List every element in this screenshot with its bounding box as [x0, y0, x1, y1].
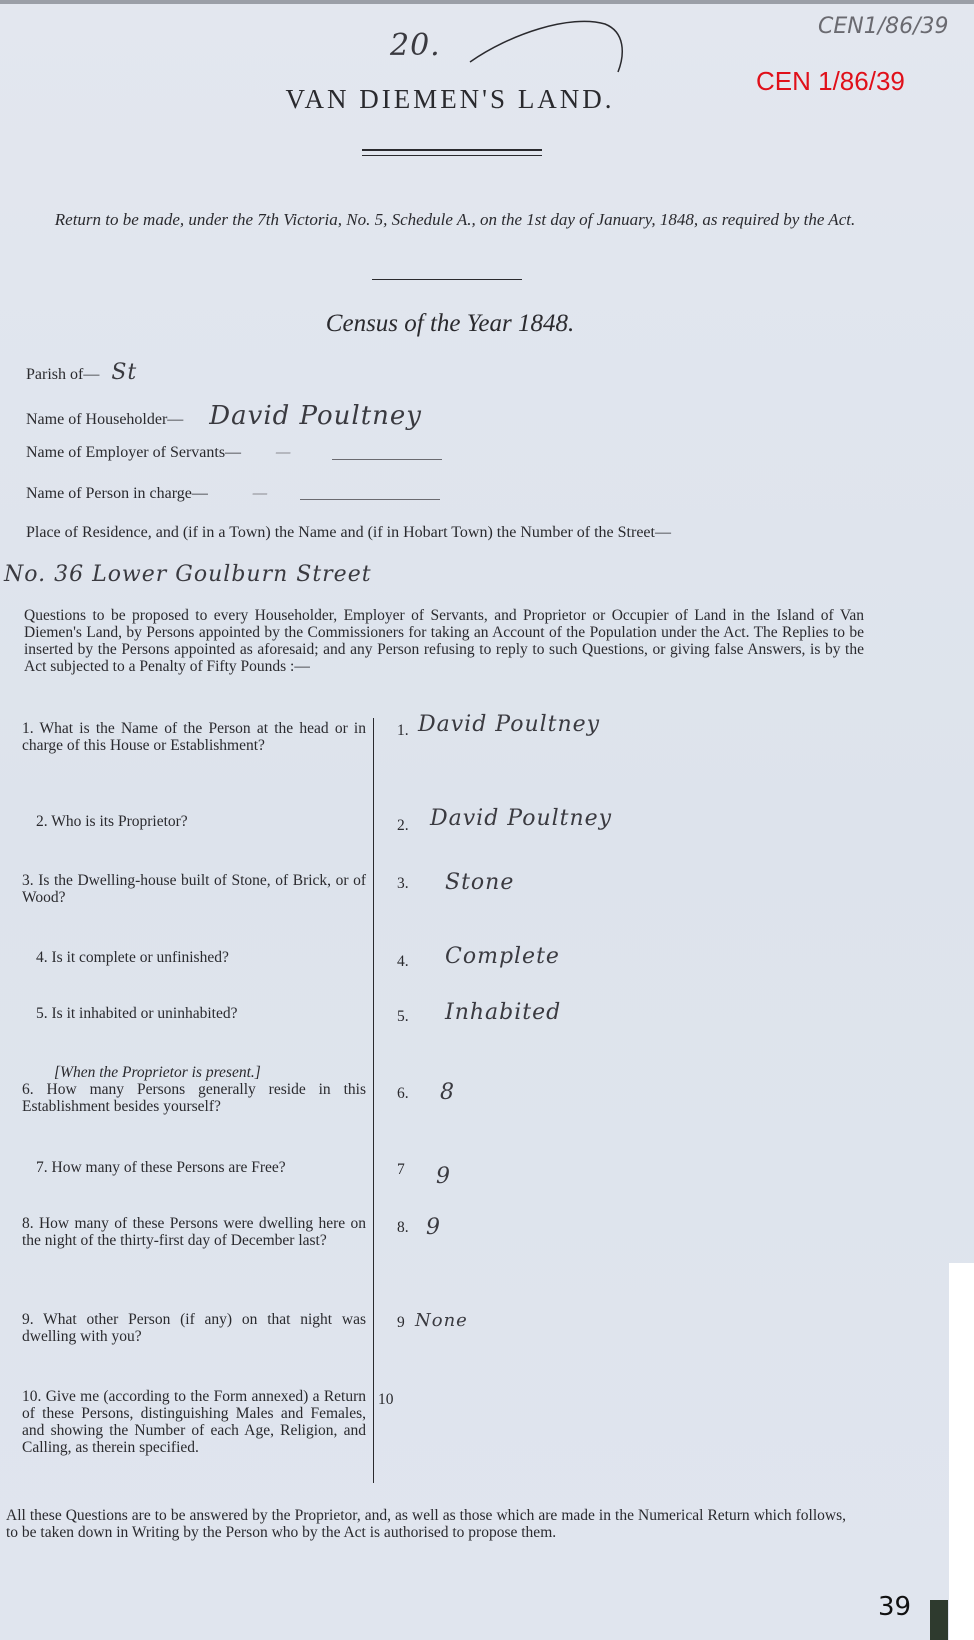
question-9: 9. What other Person (if any) on that ni…: [22, 1311, 366, 1345]
answer-number-8: 8.: [397, 1219, 409, 1237]
parish-value: St: [111, 360, 137, 385]
census-form-page: CEN1/86/39 CEN 1/86/39 20. VAN DIEMEN'S …: [0, 0, 974, 1640]
answer-number-9: 9: [397, 1314, 405, 1332]
answer-5: Inhabited: [445, 1000, 561, 1025]
residence-value: No. 36 Lower Goulburn Street: [4, 562, 372, 587]
question-2: 2. Who is its Proprietor?: [22, 813, 366, 830]
archive-reference-handwritten: CEN1/86/39: [818, 14, 949, 39]
answer-number-7: 7: [397, 1161, 405, 1179]
document-title: VAN DIEMEN'S LAND.: [0, 84, 900, 115]
answer-9: None: [415, 1310, 468, 1331]
census-title: Census of the Year 1848.: [0, 310, 900, 338]
question-5: 5. Is it inhabited or uninhabited?: [22, 1005, 366, 1022]
question-6: 6. How many Persons generally reside in …: [22, 1081, 366, 1115]
folio-flourish-icon: [420, 14, 630, 74]
person-in-charge-value: —: [252, 483, 269, 502]
employer-label: Name of Employer of Servants—: [26, 444, 241, 461]
householder-label: Name of Householder—: [26, 411, 183, 428]
question-10: 10. Give me (according to the Form annex…: [22, 1388, 366, 1456]
answer-number-5: 5.: [397, 1008, 409, 1026]
answer-2: David Poultney: [430, 806, 612, 831]
subtitle-divider: [372, 279, 522, 280]
scan-corner: [930, 1600, 948, 1640]
scan-edge-shadow: [0, 0, 974, 4]
employer-dash: [332, 459, 442, 460]
parish-label: Parish of—: [26, 366, 99, 383]
person-in-charge-field: Name of Person in charge— —: [26, 483, 269, 503]
question-3: 3. Is the Dwelling-house built of Stone,…: [22, 872, 366, 906]
question-6-note: [When the Proprietor is present.]: [54, 1064, 261, 1082]
closing-paragraph: All these Questions are to be answered b…: [6, 1507, 846, 1541]
question-1: 1. What is the Name of the Person at the…: [22, 720, 366, 754]
person-in-charge-dash: [300, 499, 440, 500]
employer-value: —: [275, 442, 292, 461]
answer-number-1: 1.: [397, 722, 409, 740]
title-divider: [362, 149, 542, 156]
column-divider: [373, 718, 374, 1483]
page-number: 39: [878, 1592, 911, 1622]
instructions-paragraph: Questions to be proposed to every Househ…: [24, 607, 864, 675]
answer-4: Complete: [445, 944, 560, 969]
employer-field: Name of Employer of Servants— —: [26, 442, 292, 462]
person-in-charge-label: Name of Person in charge—: [26, 485, 208, 502]
document-subtitle: Return to be made, under the 7th Victori…: [20, 208, 890, 232]
question-8: 8. How many of these Persons were dwelli…: [22, 1215, 366, 1249]
answer-number-4: 4.: [397, 953, 409, 971]
question-4: 4. Is it complete or unfinished?: [22, 949, 366, 966]
answer-1: David Poultney: [418, 712, 600, 737]
answer-6: 8: [440, 1080, 455, 1105]
answer-3: Stone: [445, 870, 514, 895]
parish-field: Parish of— St: [26, 360, 137, 385]
householder-field: Name of Householder— David Poultney: [26, 401, 422, 431]
answer-8: 9: [426, 1215, 441, 1240]
answer-number-3: 3.: [397, 875, 409, 893]
residence-label: Place of Residence, and (if in a Town) t…: [26, 524, 671, 542]
answer-7: 9: [436, 1164, 451, 1189]
answer-number-2: 2.: [397, 817, 409, 835]
householder-value: David Poultney: [209, 401, 422, 431]
scan-margin: [949, 1263, 974, 1640]
question-7: 7. How many of these Persons are Free?: [22, 1159, 366, 1176]
answer-number-10: 10: [378, 1391, 394, 1409]
answer-number-6: 6.: [397, 1085, 409, 1103]
